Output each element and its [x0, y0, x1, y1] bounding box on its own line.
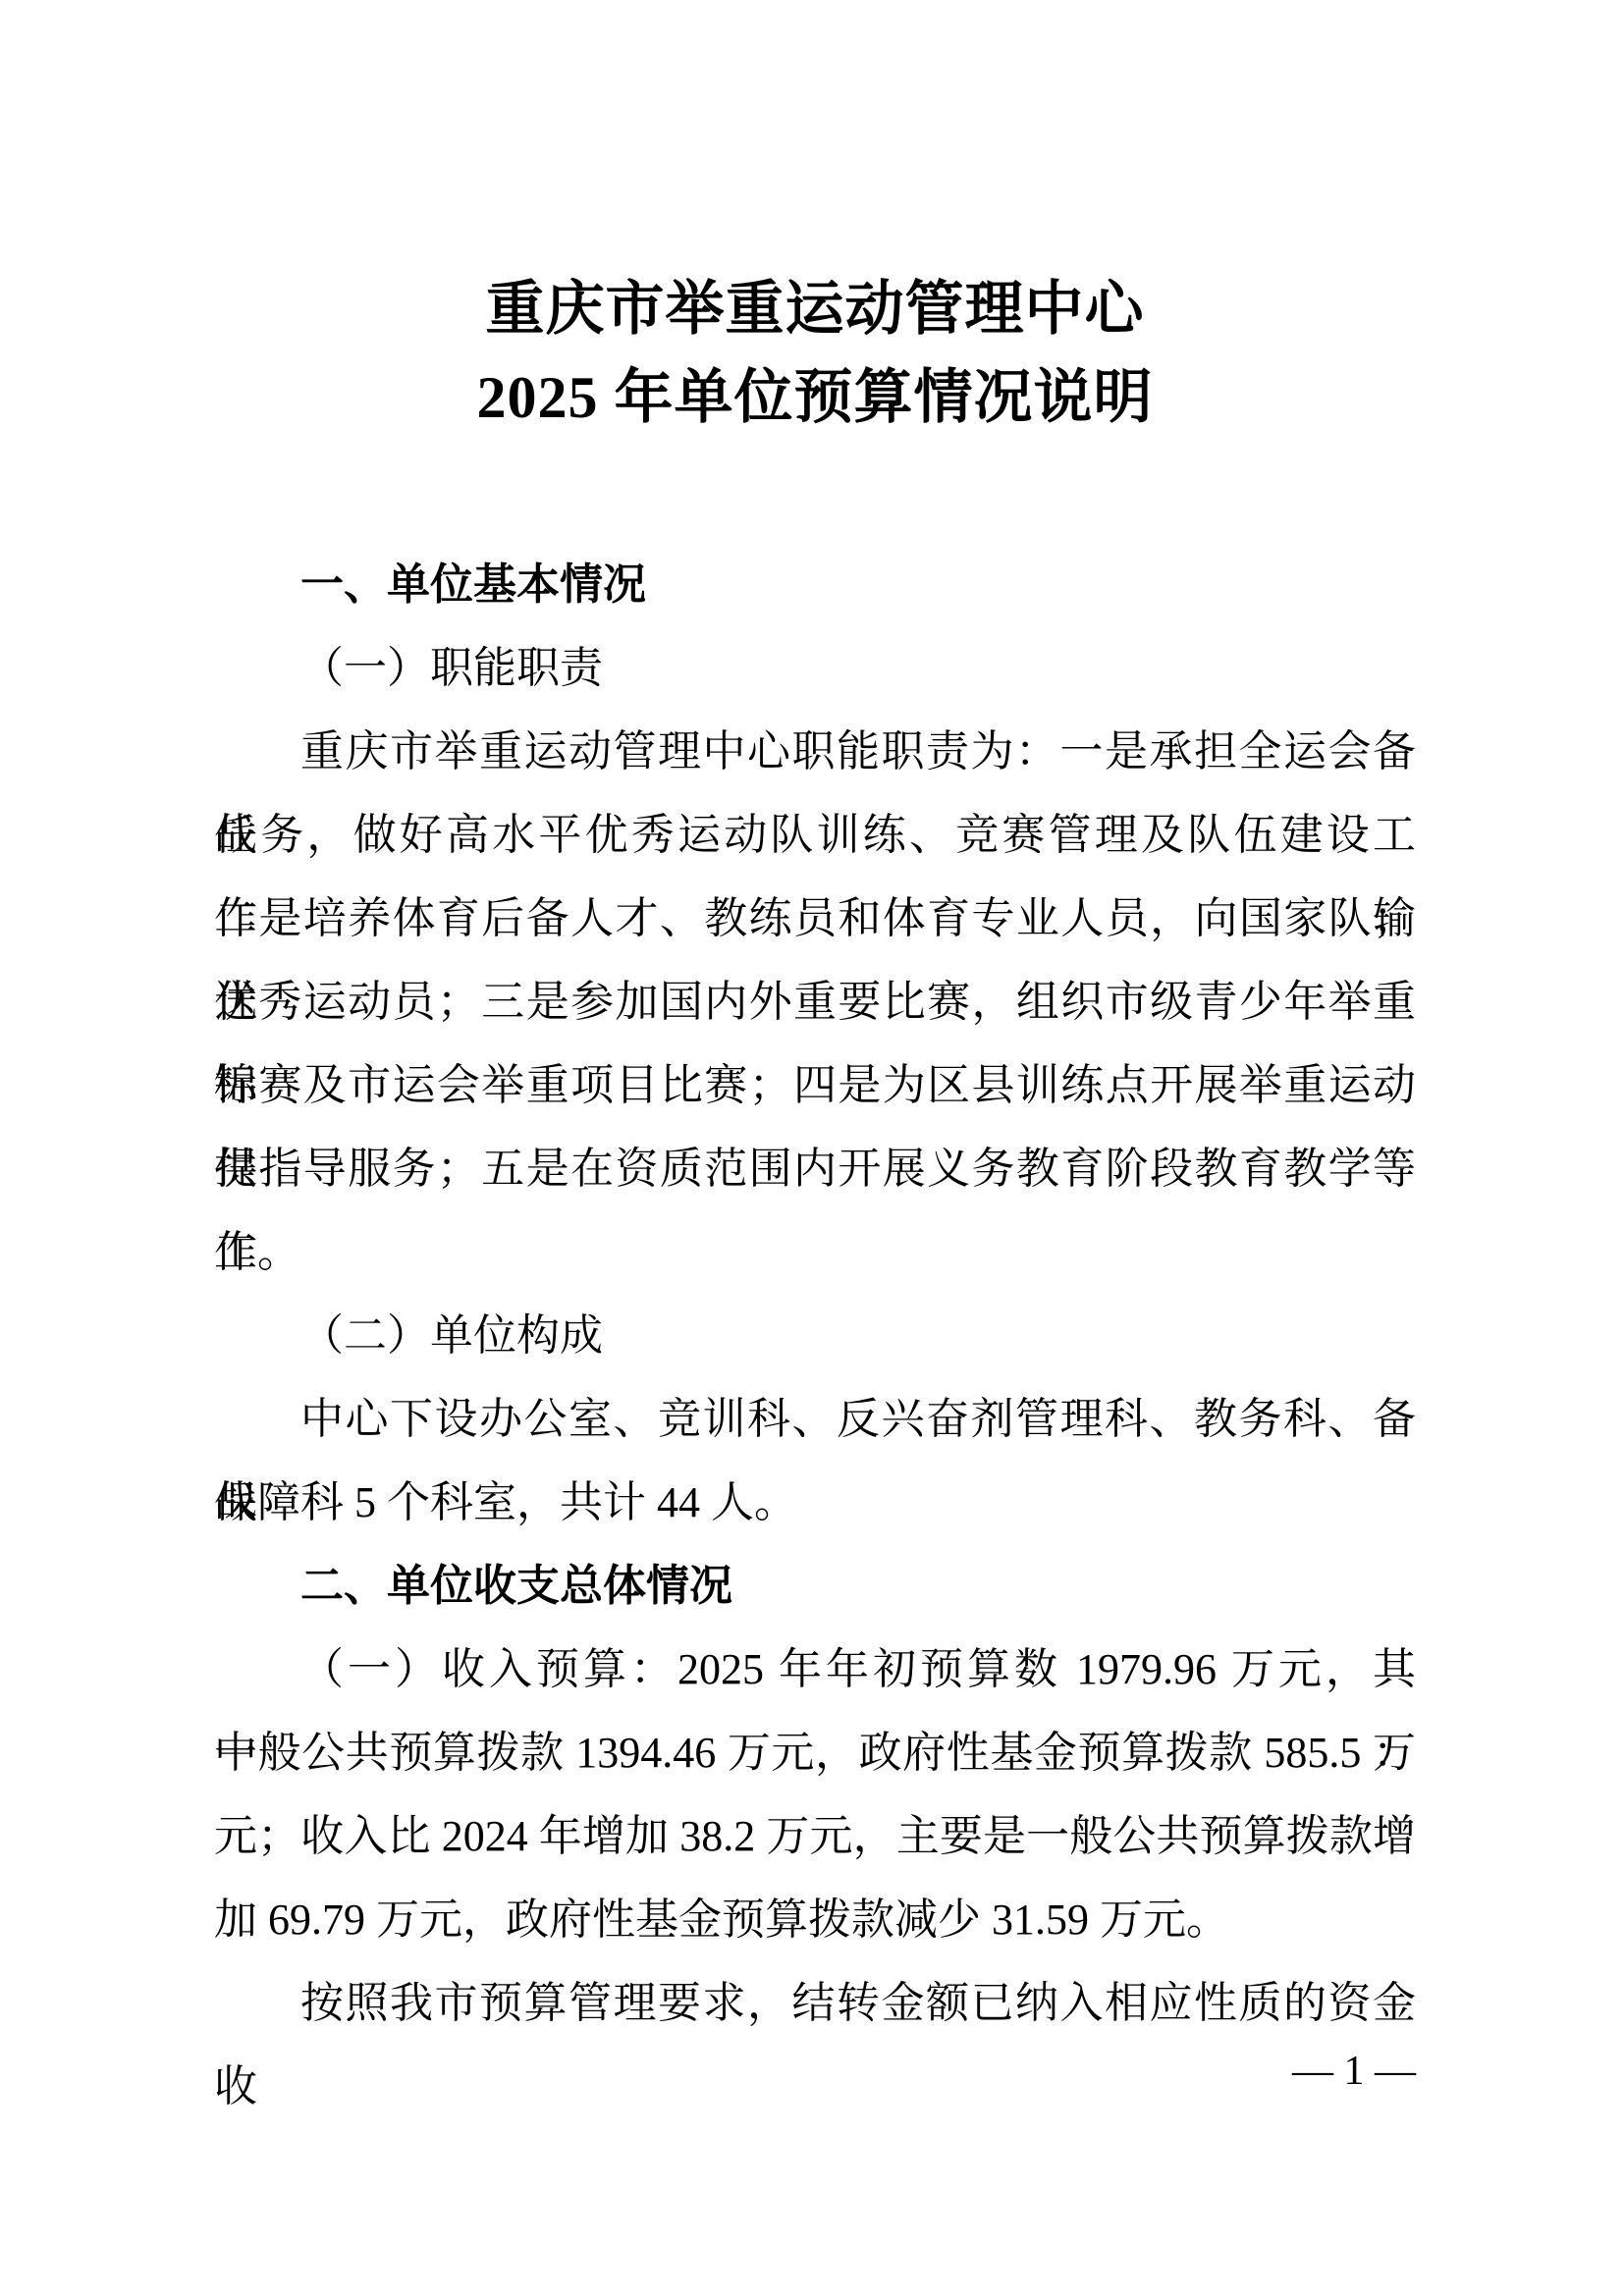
section-heading-1: 一、单位基本情况 [214, 543, 1416, 626]
paragraph-carryover: 按照我市预算管理要求，结转金额已纳入相应性质的资金收 [214, 1961, 1416, 2045]
paragraph-composition: 中心下设办公室、竞训科、反兴奋剂管理科、教务科、备战 保障科 5 个科室，共计 … [214, 1377, 1416, 1544]
paragraph-line: 二是培养体育后备人才、教练员和体育专业人员，向国家队输送 [214, 877, 1416, 960]
page-number: — 1 — [1292, 2047, 1416, 2096]
section-heading-2: 二、单位收支总体情况 [214, 1544, 1416, 1628]
paragraph-line: 优秀运动员；三是参加国内外重要比赛，组织市级青少年举重锦 [214, 960, 1416, 1043]
paragraph-line: （一）收入预算：2025 年年初预算数 1979.96 万元，其中： [214, 1628, 1416, 1711]
paragraph-line: 一般公共预算拨款 1394.46 万元，政府性基金预算拨款 585.5 万 [214, 1711, 1416, 1794]
document-title: 重庆市举重运动管理中心 2025 年单位预算情况说明 [214, 265, 1416, 442]
subsection-heading-1: （一）职能职责 [214, 626, 1416, 710]
paragraph-line: 加 69.79 万元，政府性基金预算拨款减少 31.59 万元。 [214, 1878, 1416, 1961]
paragraph-line: 作。 [214, 1210, 1416, 1294]
document-title-line-1: 重庆市举重运动管理中心 [214, 265, 1416, 353]
paragraph-line: 元；收入比 2024 年增加 38.2 万元，主要是一般公共预算拨款增 [214, 1794, 1416, 1878]
paragraph-line: 标赛及市运会举重项目比赛；四是为区县训练点开展举重运动提 [214, 1043, 1416, 1127]
document-page: 重庆市举重运动管理中心 2025 年单位预算情况说明 一、单位基本情况 （一）职… [0, 0, 1624, 2296]
paragraph-line: 重庆市举重运动管理中心职能职责为：一是承担全运会备战 [214, 710, 1416, 793]
paragraph-line: 中心下设办公室、竞训科、反兴奋剂管理科、教务科、备战 [214, 1377, 1416, 1461]
paragraph-line: 供指导服务；五是在资质范围内开展义务教育阶段教育教学等工 [214, 1127, 1416, 1210]
paragraph-line: 按照我市预算管理要求，结转金额已纳入相应性质的资金收 [214, 1961, 1416, 2045]
paragraph-line: 保障科 5 个科室，共计 44 人。 [214, 1461, 1416, 1544]
document-content: 重庆市举重运动管理中心 2025 年单位预算情况说明 一、单位基本情况 （一）职… [214, 0, 1416, 2045]
paragraph-income-budget: （一）收入预算：2025 年年初预算数 1979.96 万元，其中： 一般公共预… [214, 1628, 1416, 1961]
paragraph-line: 任务，做好高水平优秀运动队训练、竞赛管理及队伍建设工作； [214, 793, 1416, 877]
paragraph-functions: 重庆市举重运动管理中心职能职责为：一是承担全运会备战 任务，做好高水平优秀运动队… [214, 710, 1416, 1294]
document-title-line-2: 2025 年单位预算情况说明 [214, 353, 1416, 442]
subsection-heading-2: （二）单位构成 [214, 1294, 1416, 1377]
